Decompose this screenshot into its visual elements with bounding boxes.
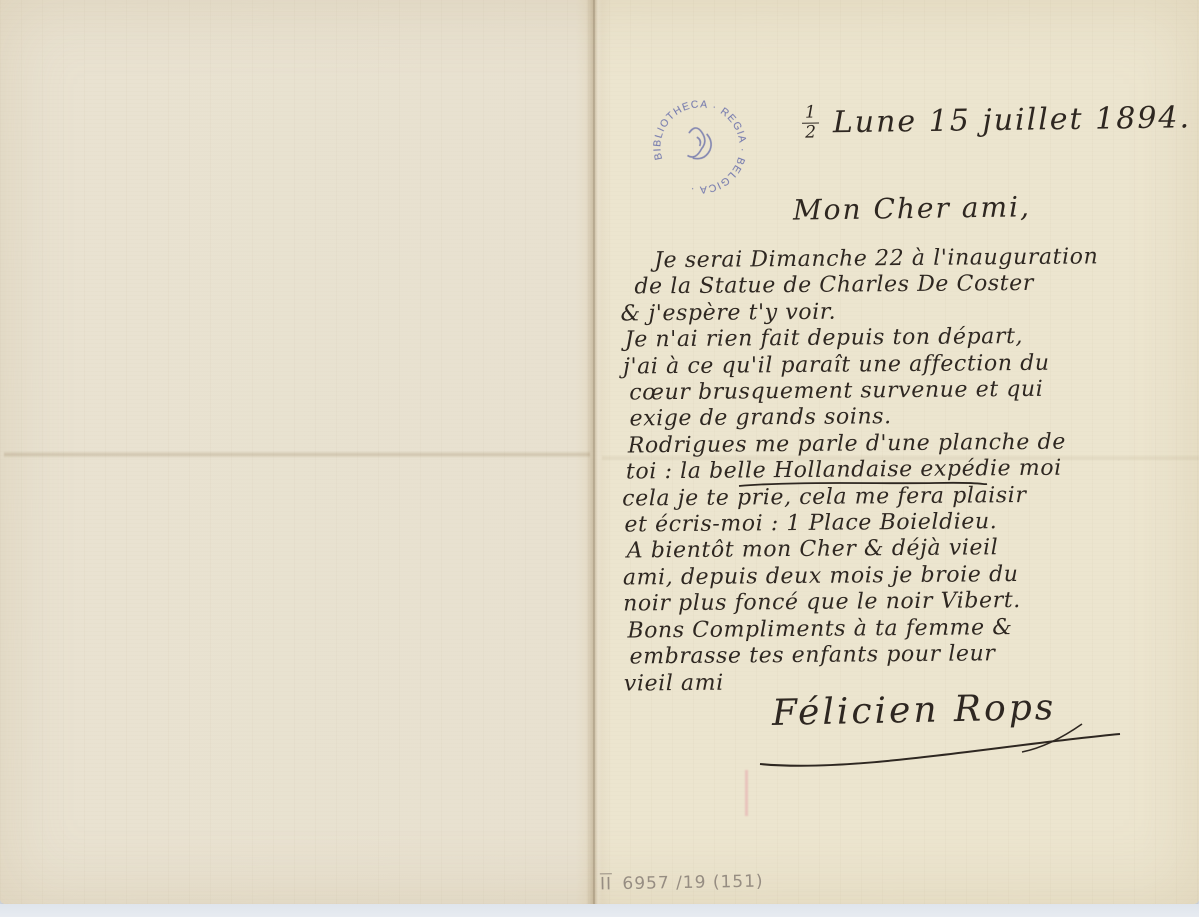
date-text: Lune 15 juillet 1894. bbox=[833, 100, 1192, 140]
letter-body: Je serai Dimanche 22 à l'inauguration de… bbox=[620, 243, 1199, 697]
hollandaise-underline-stroke bbox=[735, 477, 991, 491]
library-stamp: BIBLIOTHECA · REGIA · BELGICA · bbox=[634, 81, 765, 212]
salutation: Mon Cher ami, bbox=[793, 190, 1031, 226]
fold-crease-left-page bbox=[4, 451, 590, 458]
catalog-number-text: 6957 /19 (151) bbox=[622, 872, 763, 894]
fraction-denominator: 2 bbox=[805, 124, 816, 142]
signature-flourish bbox=[742, 718, 1132, 773]
date-line: 1 2 Lune 15 juillet 1894. bbox=[802, 99, 1192, 141]
fraction-numerator: 1 bbox=[802, 104, 819, 123]
catalog-roman-numeral: II bbox=[600, 874, 612, 894]
scan-bottom-edge bbox=[0, 904, 1199, 917]
half-fraction: 1 2 bbox=[802, 104, 819, 141]
pink-ink-smudge bbox=[745, 770, 748, 816]
center-fold-shadow bbox=[586, 0, 602, 904]
catalog-number-pencil: II 6957 /19 (151) bbox=[600, 872, 764, 895]
paper-sheet: BIBLIOTHECA · REGIA · BELGICA · 1 2 Lune… bbox=[0, 0, 1199, 904]
scanned-letter-background: BIBLIOTHECA · REGIA · BELGICA · 1 2 Lune… bbox=[0, 0, 1199, 917]
stamp-ring-text: BIBLIOTHECA · REGIA · BELGICA · bbox=[640, 87, 760, 207]
stamp-center-emblem bbox=[680, 125, 715, 162]
